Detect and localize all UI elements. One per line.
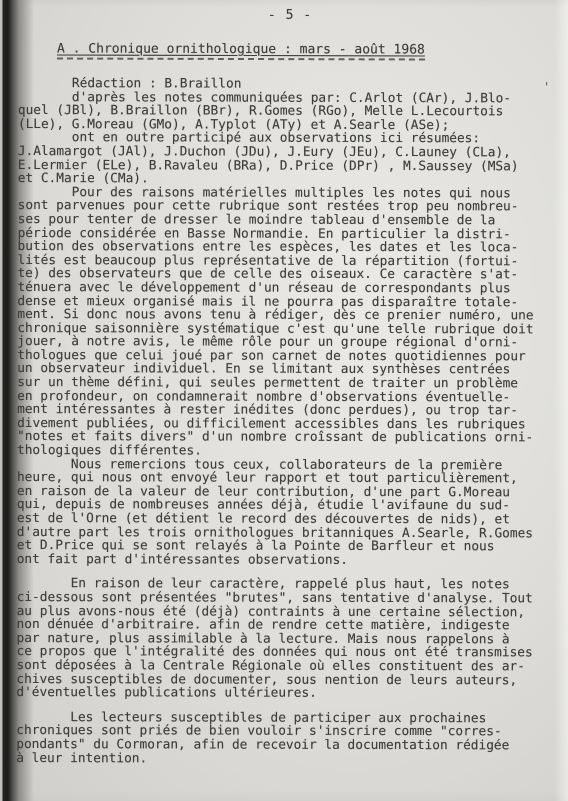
document-body: Rédaction : B.Braillon d'après les notes… — [16, 77, 552, 766]
paragraph-presentation-notes: En raison de leur caractère, rappelé plu… — [16, 577, 550, 701]
page-number: - 5 - — [268, 8, 312, 23]
section-title: A . Chronique ornithologique : mars - ao… — [57, 42, 425, 58]
paragraph-intro: Pour des raisons matérielles multiples l… — [17, 186, 552, 459]
scan-speck-artifact: ' — [543, 80, 550, 94]
section-title-underline: A . Chronique ornithologique : mars - ao… — [57, 38, 425, 61]
paragraph-credits: Rédaction : B.Braillon d'après les notes… — [18, 77, 552, 187]
paragraph-remerciements: Nous remercions tous ceux, collaborateur… — [17, 458, 551, 568]
page-edge-highlight — [554, 0, 568, 801]
paragraph-appel-correspondants: Les lecteurs susceptibles de participer … — [16, 711, 550, 767]
